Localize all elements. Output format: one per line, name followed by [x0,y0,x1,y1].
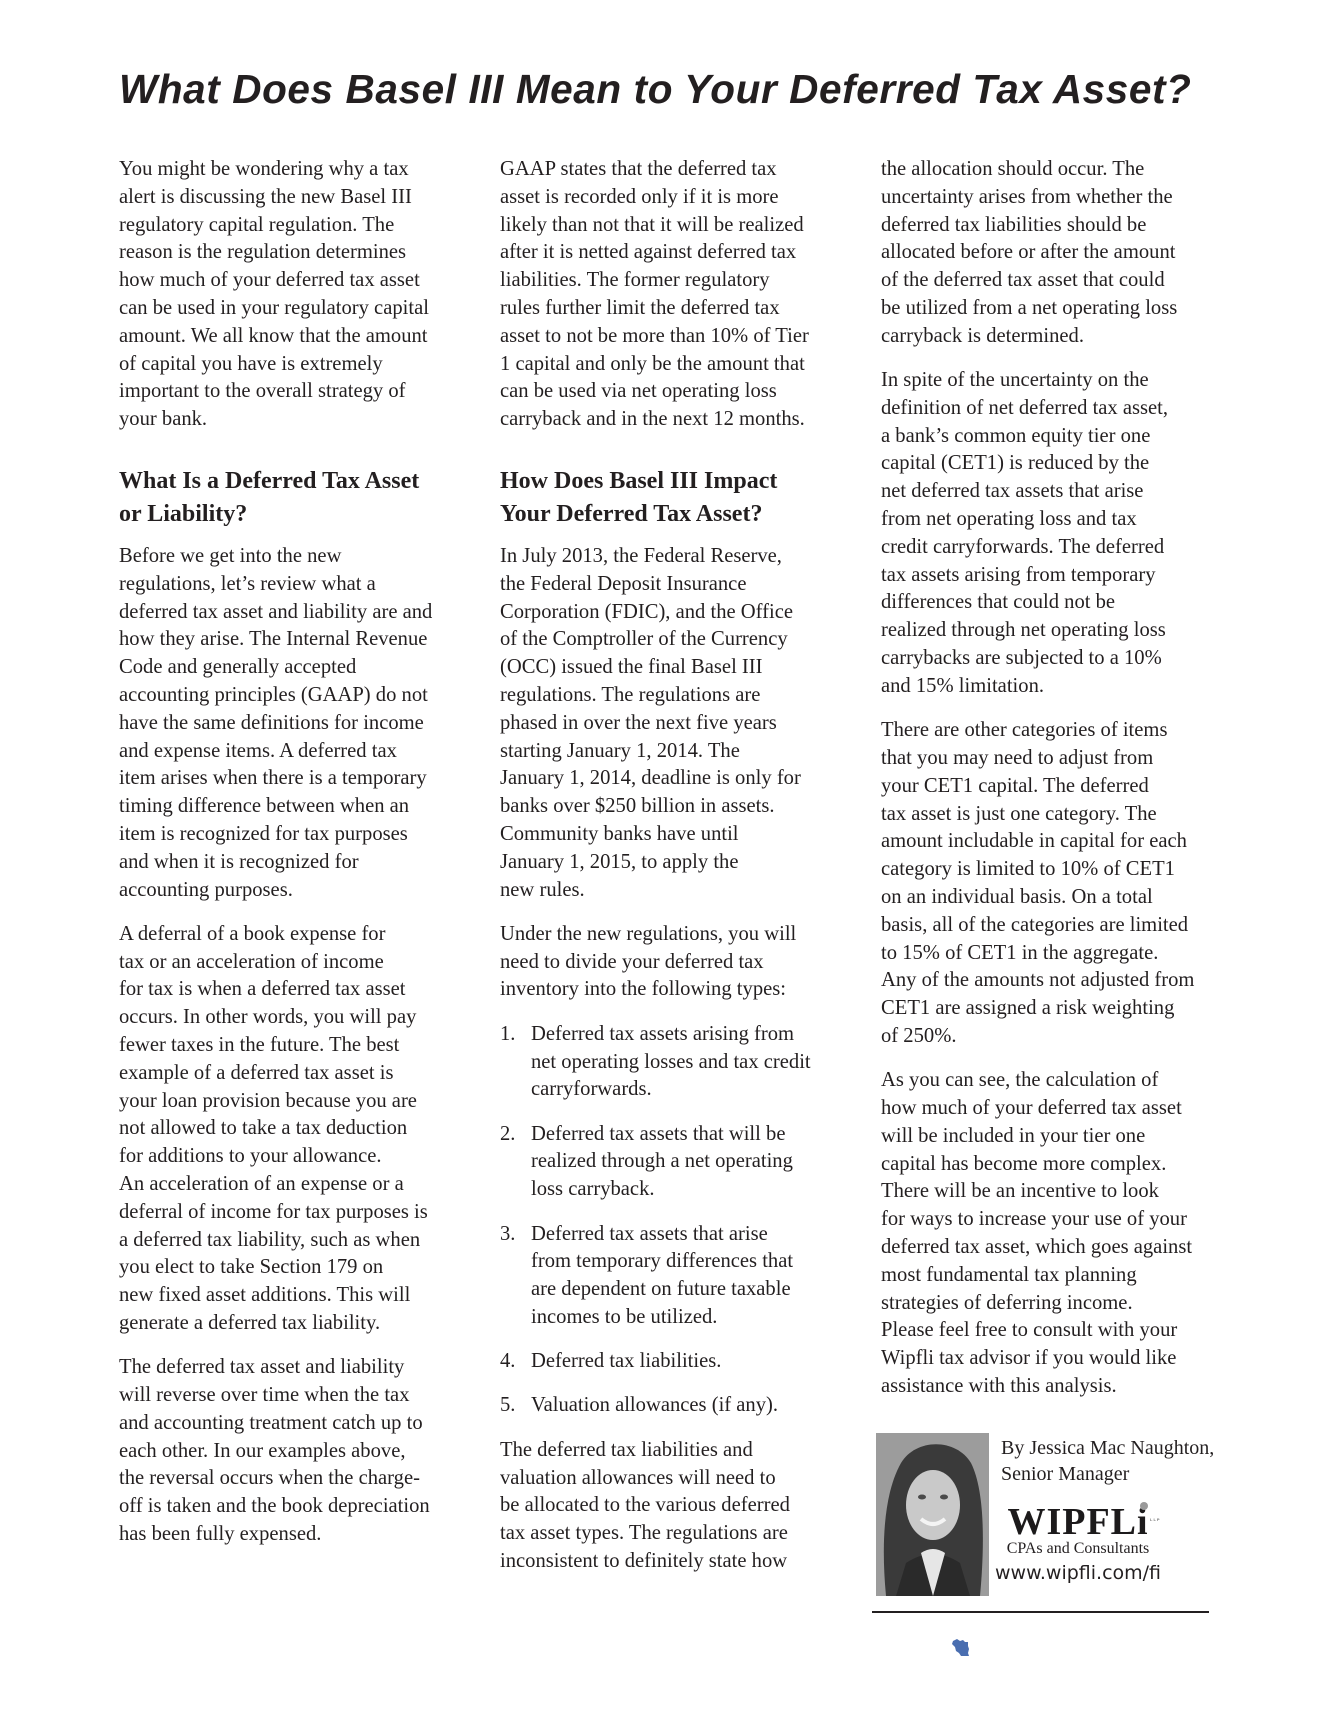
text-line: each other. In our examples above, [119,1438,464,1466]
text-line: on an individual basis. On a total [881,884,1226,912]
text-line: Before we get into the new [119,543,464,571]
text-line: important to the overall strategy of [119,378,464,406]
text-line: January 1, 2015, to apply the [500,849,850,877]
text-line: Code and generally accepted [119,654,464,682]
text-line: likely than not that it will be realized [500,212,850,240]
text-line: net operating losses and tax credit [531,1049,850,1077]
text-line: category is limited to 10% of CET1 [881,856,1226,884]
text-line: amount. We all know that the amount [119,323,464,351]
text-line: will be included in your tier one [881,1123,1226,1151]
text-line: In spite of the uncertainty on the [881,367,1226,395]
text-line: regulations. The regulations are [500,682,850,710]
text-line: fewer taxes in the future. The best [119,1032,464,1060]
text-line: You might be wondering why a tax [119,156,464,184]
text-line: assistance with this analysis. [881,1373,1226,1401]
text-line: A deferral of a book expense for [119,921,464,949]
text-line: uncertainty arises from whether the [881,184,1226,212]
list-item: 3.Deferred tax assets that arisefrom tem… [500,1221,850,1332]
text-line: from net operating loss and tax [881,506,1226,534]
text-line: carrybacks are subjected to a 10% [881,645,1226,673]
column-3: the allocation should occur. Theuncertai… [881,156,1226,1417]
text-line: Under the new regulations, you will [500,921,850,949]
intro-paragraph: You might be wondering why a taxalert is… [119,156,464,434]
text-line: occurs. In other words, you will pay [119,1004,464,1032]
text-line: a deferred tax liability, such as when [119,1227,464,1255]
text-line: allocated before or after the amount [881,239,1226,267]
text-line: January 1, 2014, deadline is only for [500,765,850,793]
text-line: capital has become more complex. [881,1151,1226,1179]
text-line: new rules. [500,877,850,905]
text-line: carryforwards. [531,1076,850,1104]
text-line: regulatory capital regulation. The [119,212,464,240]
text-line: tax or an acceleration of income [119,949,464,977]
text-line: and 15% limitation. [881,673,1226,701]
text-line: how much of your deferred tax asset [881,1095,1226,1123]
text-line: tax asset is just one category. The [881,801,1226,829]
text-line: off is taken and the book depreciation [119,1493,464,1521]
text-line: Deferred tax assets that arise [531,1221,850,1249]
text-line: reason is the regulation determines [119,239,464,267]
list-number: 4. [500,1348,515,1376]
text-line: most fundamental tax planning [881,1262,1226,1290]
paragraph: There are other categories of itemsthat … [881,717,1226,1051]
text-line: 1 capital and only be the amount that [500,351,850,379]
text-line: liabilities. The former regulatory [500,267,850,295]
text-line: incomes to be utilized. [531,1304,850,1332]
text-line: loss carryback. [531,1176,850,1204]
paragraph: the allocation should occur. Theuncertai… [881,156,1226,351]
text-line: The deferred tax liabilities and [500,1437,850,1465]
text-line: deferred tax asset, which goes against [881,1234,1226,1262]
footer-divider [872,1611,1209,1613]
text-line: tax asset types. The regulations are [500,1520,850,1548]
text-line: for additions to your allowance. [119,1143,464,1171]
text-line: for tax is when a deferred tax asset [119,976,464,1004]
text-line: accounting purposes. [119,877,464,905]
text-line: generate a deferred tax liability. [119,1310,464,1338]
text-line: As you can see, the calculation of [881,1067,1226,1095]
text-line: phased in over the next five years [500,710,850,738]
text-line: Community banks have until [500,821,850,849]
text-line: deferred tax asset and liability are and [119,599,464,627]
text-line: asset to not be more than 10% of Tier [500,323,850,351]
text-line: after it is netted against deferred tax [500,239,850,267]
text-line: and expense items. A deferred tax [119,738,464,766]
text-line: for ways to increase your use of your [881,1206,1226,1234]
text-line: can be used via net operating loss [500,378,850,406]
text-line: need to divide your deferred tax [500,949,850,977]
list-number: 2. [500,1121,515,1149]
text-line: There will be an incentive to look [881,1178,1226,1206]
text-line: item arises when there is a temporary [119,765,464,793]
text-line: asset is recorded only if it is more [500,184,850,212]
wisconsin-state-icon [951,1637,971,1657]
text-line: Wipfli tax advisor if you would like [881,1345,1226,1373]
paragraph: Before we get into the newregulations, l… [119,543,464,904]
text-line: What Is a Deferred Tax Asset [119,465,464,498]
text-line: deferred tax liabilities should be [881,212,1226,240]
text-line: inconsistent to definitely state how [500,1548,850,1576]
text-line: rules further limit the deferred tax [500,295,850,323]
text-line: Any of the amounts not adjusted from [881,967,1226,995]
text-line: how they arise. The Internal Revenue [119,626,464,654]
text-line: strategies of deferring income. [881,1290,1226,1318]
text-line: deferral of income for tax purposes is [119,1199,464,1227]
text-line: starting January 1, 2014. The [500,738,850,766]
logo-dot-icon [1140,1502,1148,1510]
text-line: are dependent on future taxable [531,1276,850,1304]
text-line: a bank’s common equity tier one [881,423,1226,451]
text-line: Deferred tax liabilities. [531,1348,850,1376]
text-line: will reverse over time when the tax [119,1382,464,1410]
text-line: (OCC) issued the final Basel III [500,654,850,682]
text-line: differences that could not be [881,589,1226,617]
paragraph: The deferred tax liabilities andvaluatio… [500,1437,850,1576]
text-line: Please feel free to consult with your [881,1317,1226,1345]
text-line: inventory into the following types: [500,976,850,1004]
deferred-tax-types-list: 1.Deferred tax assets arising fromnet op… [500,1021,850,1421]
text-line: An acceleration of an expense or a [119,1171,464,1199]
text-line: Your Deferred Tax Asset? [500,498,850,531]
text-line: alert is discussing the new Basel III [119,184,464,212]
text-line: new fixed asset additions. This will [119,1282,464,1310]
text-line: the Federal Deposit Insurance [500,571,850,599]
text-line: basis, all of the categories are limited [881,912,1226,940]
text-line: the reversal occurs when the charge- [119,1465,464,1493]
author-byline: By Jessica Mac Naughton, Senior Manager … [876,1433,1216,1633]
text-line: from temporary differences that [531,1248,850,1276]
list-number: 3. [500,1221,515,1249]
text-line: and accounting treatment catch up to [119,1410,464,1438]
text-line: GAAP states that the deferred tax [500,156,850,184]
text-line: your loan provision because you are [119,1088,464,1116]
article-title: What Does Basel III Mean to Your Deferre… [119,66,1191,113]
text-line: realized through a net operating [531,1148,850,1176]
text-line: The deferred tax asset and liability [119,1354,464,1382]
text-line: Corporation (FDIC), and the Office [500,599,850,627]
column-1: You might be wondering why a taxalert is… [119,156,464,1565]
text-line: example of a deferred tax asset is [119,1060,464,1088]
list-item: 5.Valuation allowances (if any). [500,1392,850,1420]
text-line: and when it is recognized for [119,849,464,877]
list-item: 4.Deferred tax liabilities. [500,1348,850,1376]
text-line: your bank. [119,406,464,434]
text-line: credit carryforwards. The deferred [881,534,1226,562]
author-photo [876,1433,989,1596]
paragraph: In July 2013, the Federal Reserve,the Fe… [500,543,850,904]
text-line: you elect to take Section 179 on [119,1254,464,1282]
list-number: 5. [500,1392,515,1420]
website-url: www.wipfli.com/fi [988,1560,1168,1586]
text-line: capital (CET1) is reduced by the [881,450,1226,478]
text-line: the allocation should occur. The [881,156,1226,184]
text-line: banks over $250 billion in assets. [500,793,850,821]
text-line: definition of net deferred tax asset, [881,395,1226,423]
portrait-image-icon [876,1433,989,1596]
text-line: how much of your deferred tax asset [119,267,464,295]
list-number: 1. [500,1021,515,1049]
paragraph: Under the new regulations, you willneed … [500,921,850,1004]
section-heading-what-is-dta: What Is a Deferred Tax Assetor Liability… [119,465,464,531]
list-item: 1.Deferred tax assets arising fromnet op… [500,1021,850,1104]
section-heading-basel-impact: How Does Basel III ImpactYour Deferred T… [500,465,850,531]
author-title: Senior Manager [1001,1462,1214,1488]
text-line: Deferred tax assets arising from [531,1021,850,1049]
text-line: not allowed to take a tax deduction [119,1115,464,1143]
text-line: of the Comptroller of the Currency [500,626,850,654]
text-line: item is recognized for tax purposes [119,821,464,849]
text-line: CET1 are assigned a risk weighting [881,995,1226,1023]
text-line: Valuation allowances (if any). [531,1392,850,1420]
text-line: to 15% of CET1 in the aggregate. [881,940,1226,968]
text-line: carryback is determined. [881,323,1226,351]
paragraph: GAAP states that the deferred taxasset i… [500,156,850,434]
wipfli-logo: WIPFLi LLP CPAs and Consultants www.wipf… [988,1505,1168,1586]
text-line: amount includable in capital for each [881,828,1226,856]
author-name: By Jessica Mac Naughton, Senior Manager [1001,1436,1214,1487]
text-line: There are other categories of items [881,717,1226,745]
paragraph: The deferred tax asset and liabilitywill… [119,1354,464,1549]
text-line: be utilized from a net operating loss [881,295,1226,323]
text-line: or Liability? [119,498,464,531]
text-line: tax assets arising from temporary [881,562,1226,590]
text-line: of the deferred tax asset that could [881,267,1226,295]
text-line: can be used in your regulatory capital [119,295,464,323]
paragraph: As you can see, the calculation ofhow mu… [881,1067,1226,1401]
paragraph: In spite of the uncertainty on thedefini… [881,367,1226,701]
text-line: accounting principles (GAAP) do not [119,682,464,710]
list-item: 2.Deferred tax assets that will berealiz… [500,1121,850,1204]
text-line: valuation allowances will need to [500,1465,850,1493]
text-line: How Does Basel III Impact [500,465,850,498]
paragraph: A deferral of a book expense fortax or a… [119,921,464,1338]
text-line: your CET1 capital. The deferred [881,773,1226,801]
text-line: regulations, let’s review what a [119,571,464,599]
text-line: have the same definitions for income [119,710,464,738]
text-line: Deferred tax assets that will be [531,1121,850,1149]
text-line: of 250%. [881,1023,1226,1051]
text-line: has been fully expensed. [119,1521,464,1549]
text-line: realized through net operating loss [881,617,1226,645]
text-line: carryback and in the next 12 months. [500,406,850,434]
text-line: of capital you have is extremely [119,351,464,379]
text-line: net deferred tax assets that arise [881,478,1226,506]
text-line: In July 2013, the Federal Reserve, [500,543,850,571]
text-line: that you may need to adjust from [881,745,1226,773]
text-line: be allocated to the various deferred [500,1492,850,1520]
text-line: timing difference between when an [119,793,464,821]
column-2: GAAP states that the deferred taxasset i… [500,156,850,1592]
